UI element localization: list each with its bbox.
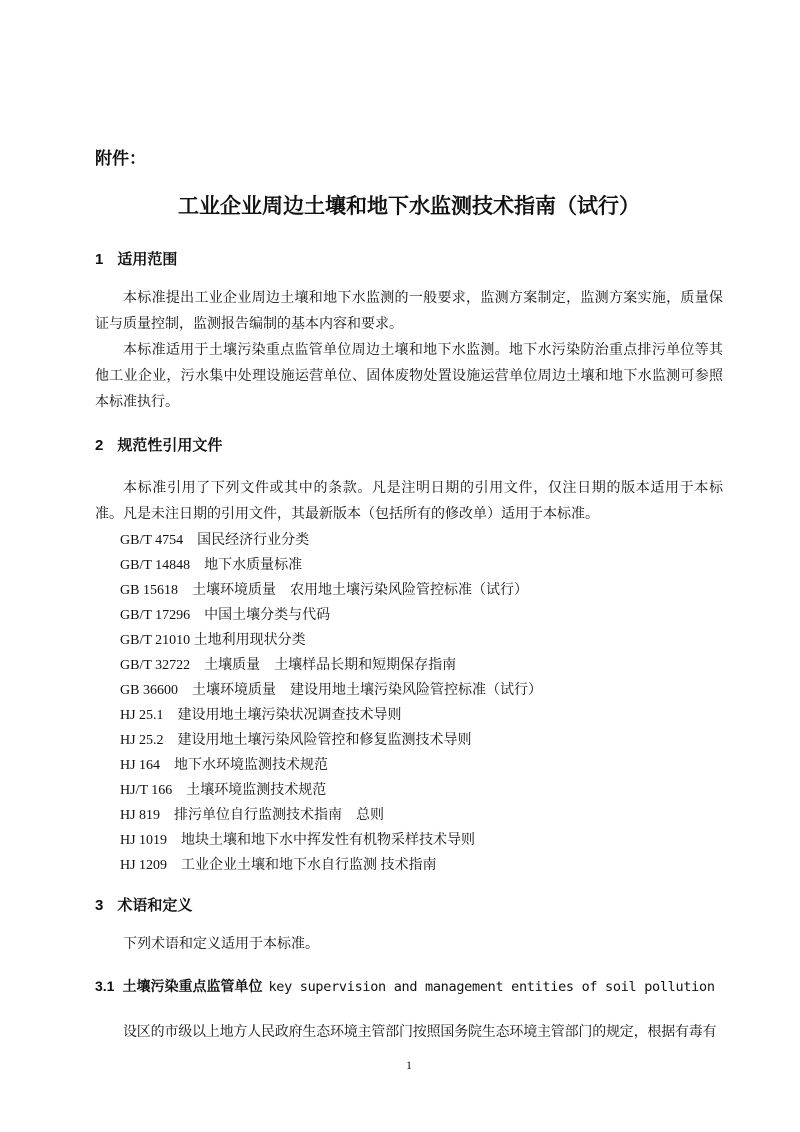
reference-item: GB/T 21010 土地利用现状分类 (120, 628, 723, 653)
reference-item: GB/T 32722 土壤质量 土壤样品长期和短期保存指南 (120, 653, 723, 678)
page-number: 1 (95, 1056, 723, 1074)
document-page: 附件： 工业企业周边土壤和地下水监测技术指南（试行） 1适用范围 本标准提出工业… (0, 0, 800, 1132)
section-title: 术语和定义 (117, 897, 192, 914)
reference-item: HJ 25.2 建设用地土壤污染风险管控和修复监测技术导则 (120, 728, 723, 753)
term-name-english: key supervision and management entities … (268, 979, 714, 995)
reference-item: GB/T 17296 中国土壤分类与代码 (120, 603, 723, 628)
section-heading-scope: 1适用范围 (95, 250, 723, 270)
term-name-chinese: 土壤污染重点监管单位 (122, 978, 262, 994)
section-number: 2 (95, 437, 103, 454)
reference-item: GB/T 4754 国民经济行业分类 (120, 528, 723, 553)
section-title: 适用范围 (117, 251, 177, 268)
reference-item: HJ 1019 地块土壤和地下水中挥发性有机物采样技术导则 (120, 828, 723, 853)
term-heading-3-1: 3.1土壤污染重点监管单位key supervision and managem… (95, 976, 723, 998)
term-number: 3.1 (95, 978, 114, 994)
reference-item: GB 15618 土壤环境质量 农用地土壤污染风险管控标准（试行） (120, 578, 723, 603)
section-heading-terms: 3术语和定义 (95, 896, 723, 916)
section-number: 1 (95, 251, 103, 268)
document-title: 工业企业周边土壤和地下水监测技术指南（试行） (95, 192, 723, 222)
reference-item: GB 36600 土壤环境质量 建设用地土壤污染风险管控标准（试行） (120, 678, 723, 703)
paragraph-terms-intro: 下列术语和定义适用于本标准。 (95, 932, 723, 958)
section-title: 规范性引用文件 (117, 437, 222, 454)
section-number: 3 (95, 897, 103, 914)
reference-list: GB/T 4754 国民经济行业分类 GB/T 14848 地下水质量标准 GB… (95, 528, 723, 878)
paragraph-scope-2: 本标准适用于土壤污染重点监管单位周边土壤和地下水监测。地下水污染防治重点排污单位… (95, 338, 723, 416)
reference-item: HJ 819 排污单位自行监测技术指南 总则 (120, 803, 723, 828)
attachment-label: 附件： (95, 148, 723, 170)
reference-item: HJ 1209 工业企业土壤和地下水自行监测 技术指南 (120, 853, 723, 878)
reference-item: HJ/T 166 土壤环境监测技术规范 (120, 778, 723, 803)
paragraph-references-intro: 本标准引用了下列文件或其中的条款。凡是注明日期的引用文件，仅注日期的版本适用于本… (95, 476, 723, 528)
reference-item: HJ 164 地下水环境监测技术规范 (120, 753, 723, 778)
reference-item: GB/T 14848 地下水质量标准 (120, 553, 723, 578)
paragraph-scope-1: 本标准提出工业企业周边土壤和地下水监测的一般要求，监测方案制定，监测方案实施，质… (95, 286, 723, 338)
section-heading-references: 2规范性引用文件 (95, 436, 723, 456)
term-definition: 设区的市级以上地方人民政府生态环境主管部门按照国务院生态环境主管部门的规定，根据… (95, 1020, 723, 1046)
reference-item: HJ 25.1 建设用地土壤污染状况调查技术导则 (120, 703, 723, 728)
